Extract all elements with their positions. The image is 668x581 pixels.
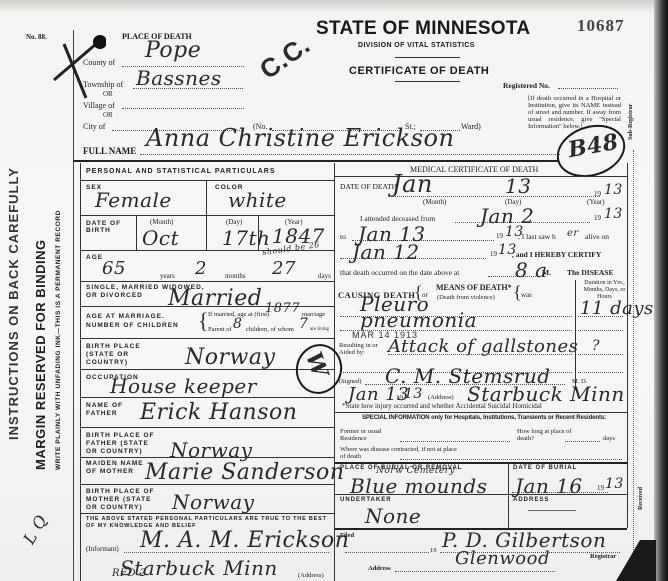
margin-mark: L Q: [19, 512, 51, 548]
former-residence-label: Former or usual Residence: [340, 428, 400, 442]
mother-birthplace-label: BIRTH PLACE OF MOTHER (State or Country): [86, 488, 161, 512]
certificate-number: 10687: [577, 16, 625, 36]
resulting-label: Resulting in or Aided by:: [339, 342, 384, 356]
last-saw-value: er: [567, 228, 579, 239]
marriage-label: AGE AT MARRIAGE. NUMBER OF CHILDREN: [86, 312, 196, 330]
means-of-death-label: MEANS OF DEATH*: [436, 283, 512, 292]
margin-write-plainly: WRITE PLAINLY WITH UNFADING INK—THIS IS …: [55, 210, 62, 470]
informant-label: (Informant): [86, 545, 119, 553]
death-year-label: (Year): [587, 198, 605, 206]
year-prefix: 19: [490, 250, 497, 258]
father-birthplace-value: Norway: [170, 438, 252, 462]
brace: {: [198, 308, 209, 334]
township-label: Township of: [83, 80, 123, 89]
margin-reserved-binding: MARGIN RESERVED FOR BINDING: [33, 239, 48, 470]
death-month-label: (Month): [423, 198, 446, 206]
division-title: DIVISION OF VITAL STATISTICS: [358, 42, 475, 49]
received-label: Received: [638, 487, 644, 510]
m-label: M.: [542, 268, 551, 277]
parent-of-label: Parent of: [208, 326, 232, 333]
personal-heading: PERSONAL AND STATISTICAL PARTICULARS: [86, 168, 275, 175]
days-label: days: [318, 272, 331, 280]
date-of-death-label: DATE OF DEATH: [340, 182, 397, 191]
year-prefix: 19: [396, 394, 403, 402]
filed-year-label: 19: [430, 547, 437, 554]
death-year-value: 13: [604, 182, 623, 198]
children-mid-label: children, of whom: [246, 326, 294, 333]
cc-note: C.C.: [254, 29, 316, 85]
township-value: Bassnes: [136, 66, 222, 90]
dob-day-value: 17th: [222, 226, 270, 250]
year-prefix: 19: [594, 214, 601, 222]
full-name-value: Anna Christine Erickson: [146, 124, 454, 152]
undertaker-label: UNDERTAKER: [340, 497, 392, 503]
death-month-value: Jan: [392, 170, 433, 198]
was-label: was: [521, 291, 532, 299]
living-count: 7: [299, 316, 308, 332]
or-label: OR: [103, 111, 113, 119]
scan-edge: [654, 0, 668, 581]
disease-label: The DISEASE: [567, 268, 613, 277]
occurred-label: that death occurred on the date above at: [340, 268, 459, 277]
alive-date-value: Jan 12: [352, 240, 420, 264]
how-long-label: How long at place of death?: [517, 428, 572, 442]
mother-birthplace-value: Norway: [172, 490, 254, 514]
registrar-address-label: Address: [368, 565, 391, 572]
year-prefix: 19: [496, 232, 503, 240]
dob-label: DATE OF BIRTH: [86, 220, 131, 234]
father-label: NAME OF FATHER: [86, 402, 131, 418]
months-label: months: [225, 272, 246, 280]
sign-year-value: 13: [404, 386, 423, 402]
frame-left: [73, 30, 74, 581]
to-label: to: [340, 232, 346, 241]
dob-month-label: (Month): [150, 218, 173, 226]
contracted-label: Where was disease contracted, if not at …: [340, 446, 460, 460]
burial-date-label: DATE OF BURIAL: [513, 465, 577, 471]
marital-value: Married: [168, 286, 262, 311]
full-name-label: FULL NAME: [83, 146, 136, 156]
state-title: STATE OF MINNESOTA: [316, 18, 530, 40]
margin-instructions: INSTRUCTIONS ON BACK CAREFULLY: [6, 167, 21, 440]
father-value: Erick Hanson: [140, 400, 297, 425]
county-value: Pope: [145, 38, 201, 63]
burial-year-value: 13: [605, 476, 624, 492]
filed-label: Filed: [340, 532, 354, 539]
sub-registrar-label: Sub-Registrar: [628, 104, 634, 140]
pin-mark-icon: [46, 32, 106, 102]
living-suffix: are living: [310, 326, 329, 333]
cause-of-death-value: Pleuro pneumonia: [360, 296, 510, 328]
physician-address-label: (Address): [428, 394, 454, 401]
age-months: 2: [195, 258, 207, 279]
or-label: OR: [103, 90, 113, 98]
occupation-value: House keeper: [110, 374, 257, 398]
registrar-address-value: Glenwood: [455, 548, 550, 569]
special-info-heading: SPECIAL INFORMATION only for Hospitals, …: [362, 415, 606, 421]
year-prefix: 19: [597, 484, 604, 492]
death-certificate: INSTRUCTIONS ON BACK CAREFULLY MARGIN RE…: [0, 0, 668, 581]
form-number: No. 88.: [26, 33, 47, 41]
age-label: AGE: [86, 254, 103, 261]
registered-no-label: Registered No.: [503, 81, 550, 90]
age-years: 65: [102, 258, 126, 279]
color-value: white: [228, 188, 287, 212]
birthplace-label: BIRTH PLACE (State or Country): [86, 343, 166, 367]
years-label: years: [160, 272, 175, 280]
informant-value: M. A. M. Erickson: [140, 528, 349, 553]
sex-value: Female: [95, 188, 172, 212]
mother-value: Marie Sanderson: [145, 460, 344, 485]
how-long-days-label: days: [603, 435, 615, 442]
informant-address-label: (Address): [298, 572, 324, 579]
undertaker-address-label: ADDRESS: [513, 497, 549, 503]
children-count: 8: [233, 316, 242, 332]
ward-label: Ward): [461, 122, 481, 131]
injury-note: *State how injury occurred and whether A…: [342, 402, 542, 410]
alive-on-label: alive on: [585, 232, 609, 241]
death-day-value: 13: [505, 174, 531, 198]
registrar-label: Registrar: [590, 553, 616, 560]
last-saw-label: , I last saw h: [518, 232, 556, 241]
city-label: City of: [83, 122, 105, 131]
certificate-title: CERTIFICATE OF DEATH: [349, 65, 489, 77]
birthplace-value: Norway: [185, 345, 275, 370]
undertaker-value: None: [365, 504, 421, 528]
informant-address-extra: RFD 2: [112, 568, 147, 579]
resulting-duration: ?: [592, 338, 600, 354]
attended-from-year: 13: [604, 206, 623, 222]
county-label: County of: [83, 58, 115, 67]
dob-day-label: (Day): [226, 218, 242, 226]
scan-shadow: [616, 540, 656, 581]
village-label: Village of: [83, 101, 115, 110]
dob-month-value: Oct: [142, 226, 179, 250]
age-days: 27: [272, 258, 296, 279]
father-birthplace-label: BIRTH PLACE OF FATHER (State or Country): [86, 432, 161, 456]
marriage-age-value: 1877: [265, 301, 300, 316]
